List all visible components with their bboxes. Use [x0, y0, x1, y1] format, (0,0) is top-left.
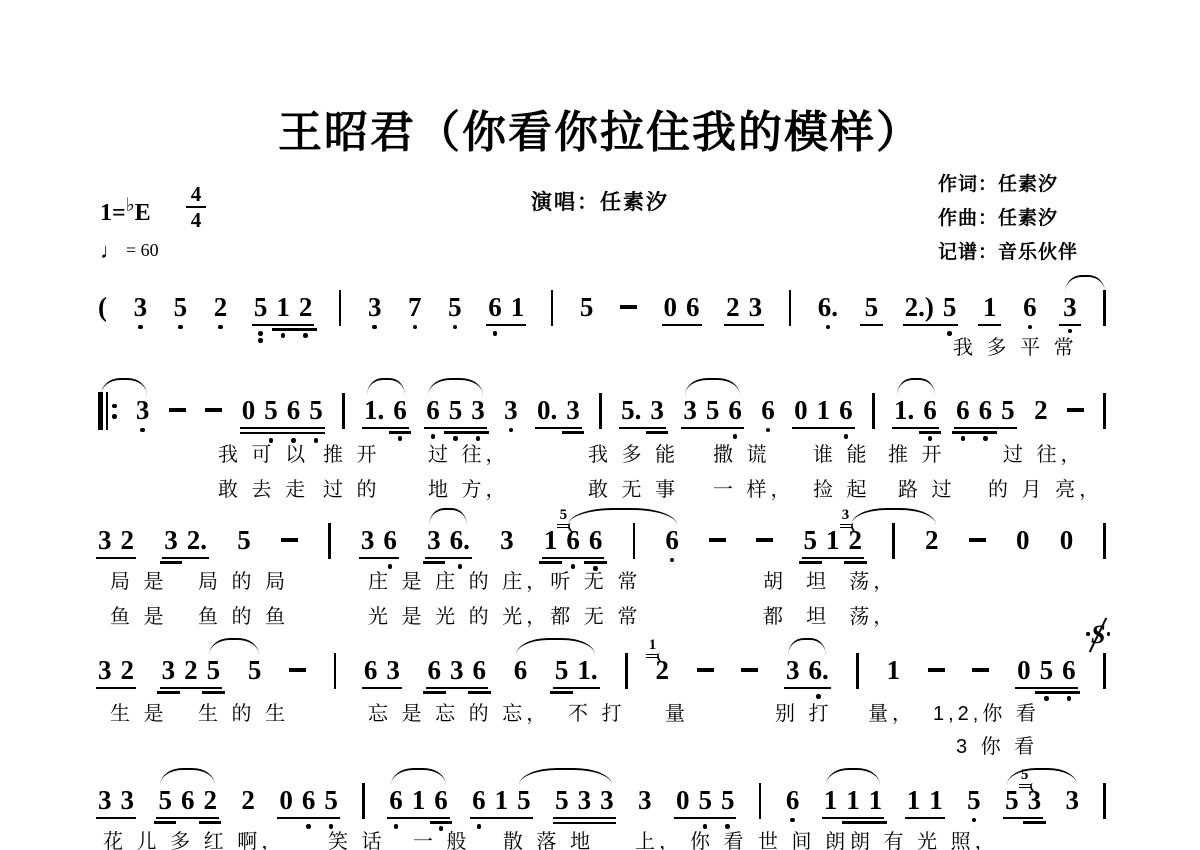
- slur-arc: [897, 378, 935, 395]
- sustain-dash: [697, 655, 714, 672]
- note-digit: 7: [408, 292, 422, 322]
- note-digit: 3: [98, 525, 112, 555]
- beam-line: [919, 431, 942, 434]
- octave-dots: [398, 436, 403, 441]
- note-token: 1.: [364, 395, 384, 425]
- barline: [599, 395, 602, 429]
- note-digit: 6: [428, 655, 442, 685]
- lyric-segment: 捡 起: [813, 478, 871, 502]
- octave-dot: [725, 824, 730, 829]
- lyric-segment: 朗 有 光 照，: [850, 830, 999, 850]
- note-token: 1.: [577, 655, 597, 685]
- sustain-dash: [741, 655, 758, 672]
- barline: [625, 655, 628, 689]
- note-token: 1: [929, 785, 943, 815]
- note-digit: 6: [839, 395, 853, 425]
- note-token: 5: [706, 395, 720, 425]
- barline: [856, 655, 859, 689]
- note-digit: 1: [826, 525, 840, 555]
- octave-dots: [725, 824, 730, 829]
- score-area: (35251237561506236.52.)5163我 多 平 常305651…: [0, 0, 1200, 850]
- note-token: 3: [136, 395, 150, 432]
- note-token: 6: [1023, 292, 1037, 329]
- note-token: 3: [164, 525, 178, 564]
- barline-mark: [339, 290, 342, 326]
- beam-line: [974, 431, 997, 434]
- octave-dot: [178, 325, 183, 330]
- grace-digit: 5: [1021, 768, 1029, 782]
- note-token: 1: [846, 785, 860, 824]
- octave-dot: [928, 436, 933, 441]
- octave-dots: [372, 325, 377, 330]
- barline-mark: [1103, 393, 1106, 429]
- note-token: 3: [504, 395, 518, 432]
- grace-note: 5: [1019, 768, 1031, 788]
- beam-group: 2.)5: [905, 292, 957, 336]
- score-line-2: 305651.665330.35.335660161.66652我 可 以推 开…: [98, 395, 1106, 445]
- octave-dots: [972, 818, 977, 823]
- note-token: 3: [427, 525, 441, 564]
- octave-dot: [458, 564, 463, 569]
- beam-group: 1656: [544, 525, 603, 571]
- slur-arc: [788, 638, 826, 655]
- beam-line: [584, 561, 607, 564]
- octave-dot: [218, 325, 223, 330]
- slur-arc: [568, 508, 676, 525]
- octave-dot: [431, 434, 436, 439]
- note-token: 3: [134, 292, 148, 329]
- note-token: 5: [1040, 655, 1054, 701]
- note-token: 6: [488, 292, 502, 336]
- lyric-segment: 过 的: [323, 478, 381, 502]
- note-digit: 5: [517, 785, 531, 815]
- note-digit: 2: [121, 655, 135, 685]
- note-token: 5: [309, 395, 323, 443]
- beam-line: [864, 821, 887, 824]
- note-digit: 1: [412, 785, 426, 815]
- note-digit: 5: [555, 655, 569, 685]
- barline: [339, 292, 342, 326]
- note-token: 2.: [187, 525, 207, 555]
- note-digit: 3: [504, 395, 518, 425]
- segno-icon: S: [1086, 619, 1112, 659]
- grace-beam: [840, 524, 852, 526]
- note-digit: 6: [979, 395, 993, 425]
- lyric-segment: 生 的 生: [198, 702, 289, 726]
- lyric-segment: 一 般: [413, 830, 471, 850]
- octave-dots: [790, 818, 795, 823]
- note-row: (35251237561506236.52.)5163: [98, 292, 1106, 342]
- octave-dots: [453, 325, 458, 330]
- lyric-segment: 1,2,你 看: [933, 702, 1040, 726]
- sustain-dash: [281, 525, 298, 542]
- lyric-segment: 过 往，: [428, 443, 510, 467]
- note-token: 3: [98, 655, 112, 685]
- grace-beam: [557, 524, 569, 526]
- beam-group: 5.3: [621, 395, 664, 434]
- note-token: 5: [555, 785, 569, 815]
- note-token: 1: [887, 655, 901, 685]
- note-token: 6.: [808, 655, 828, 699]
- octave-dots: [733, 434, 738, 439]
- note-token: 6: [686, 292, 700, 322]
- beam-group: 11: [907, 785, 943, 815]
- lyric-segment: 散 落 地: [503, 830, 594, 850]
- note-token: 6: [472, 785, 486, 829]
- octave-dots: [947, 331, 952, 336]
- note-token: 1: [495, 785, 509, 815]
- lyric-segment: 敢 无 事: [588, 478, 679, 502]
- note-token: 3: [1066, 785, 1080, 815]
- barline-mark: [342, 393, 345, 429]
- note-digit: 1: [846, 785, 860, 815]
- octave-dot: [733, 434, 738, 439]
- repeat-dot: [112, 404, 117, 409]
- lyric-segment: 量: [665, 702, 689, 726]
- barline-mark: [328, 523, 331, 559]
- note-digit: 3: [500, 525, 514, 555]
- note-token: 6: [923, 395, 937, 441]
- grace-digit: 1: [649, 638, 657, 652]
- octave-dot: [394, 824, 399, 829]
- barline-mark: [1103, 783, 1106, 819]
- lyric-segment: 你 看: [690, 830, 748, 850]
- octave-dots: [983, 436, 988, 441]
- note-digit: 6.: [808, 655, 828, 685]
- octave-dot: [1028, 325, 1033, 330]
- sustain-dash: [205, 395, 222, 412]
- note-token: 6: [786, 785, 800, 822]
- note-token: 1: [983, 292, 997, 326]
- octave-dots: [388, 564, 393, 569]
- octave-dots: [218, 325, 223, 330]
- beam-line: [799, 561, 822, 564]
- dash-mark: [620, 305, 637, 309]
- barline-mark: [362, 783, 365, 819]
- beam-line: [1023, 821, 1046, 824]
- note-token: 3: [578, 785, 592, 815]
- score-line-3: 3232.53636.3165665123200局 是局 的 局庄 是 庄 的 …: [98, 525, 1106, 575]
- note-digit: 5: [207, 655, 221, 685]
- note-token: 5: [264, 395, 278, 443]
- note-digit: 5.: [621, 395, 641, 425]
- note-digit: 6: [786, 785, 800, 815]
- beam-group: 562: [158, 785, 217, 824]
- note-digit: 6: [181, 785, 195, 815]
- note-digit: 3: [164, 525, 178, 555]
- note-digit: 3: [471, 395, 485, 425]
- note-token: 5: [804, 525, 818, 564]
- barline-mark: [1103, 290, 1106, 326]
- slur-arc: [1065, 275, 1105, 292]
- octave-dots: [766, 428, 771, 433]
- note-token: 5: [248, 655, 262, 685]
- slur-arc: [519, 768, 611, 785]
- note-token: 1: [824, 785, 838, 815]
- note-digit: 3: [566, 395, 580, 425]
- beam-line: [860, 324, 883, 327]
- octave-dots: [178, 325, 183, 330]
- octave-dots: [844, 434, 849, 439]
- lyric-segment: 世 间 朗: [758, 830, 849, 850]
- note-digit: 1: [929, 785, 943, 815]
- lyric-segment: 不 打: [568, 702, 626, 726]
- octave-dots: [258, 331, 263, 343]
- sustain-dash: [972, 655, 989, 672]
- note-digit: 6: [364, 655, 378, 685]
- lyric-segment: 上，: [635, 830, 683, 850]
- note-digit: 0: [279, 785, 293, 815]
- note-digit: 3: [650, 395, 664, 425]
- note-digit: 6: [393, 395, 407, 425]
- note-token: 5.: [621, 395, 641, 425]
- note-token: 21: [655, 655, 669, 685]
- repeat-start-mark: [98, 392, 117, 430]
- note-digit: 5: [158, 785, 172, 815]
- note-token: 3: [450, 655, 464, 685]
- note-token: 35: [1028, 785, 1042, 824]
- lyric-segment: 的 月 亮，: [988, 478, 1103, 502]
- barline: [1103, 395, 1106, 429]
- slur-arc: [516, 638, 595, 655]
- barline: [342, 395, 345, 429]
- note-digit: 6.: [818, 292, 838, 322]
- barline: [328, 525, 331, 559]
- octave-dot: [306, 824, 311, 829]
- note-digit: 1: [869, 785, 883, 815]
- barline: [551, 292, 554, 326]
- note-row: 305651.665330.35.335660161.66652: [98, 395, 1106, 445]
- slur-arc: [685, 378, 739, 395]
- beam-line: [539, 561, 562, 564]
- dash-mark: [928, 668, 945, 672]
- note-digit: 3: [427, 525, 441, 555]
- octave-dot: [703, 824, 708, 829]
- lyric-segment: 过 往，: [1003, 443, 1085, 467]
- score-line-4: 32325563636651.2136.1056生 是生 的 生忘 是 忘 的 …: [98, 655, 1106, 705]
- beam-line: [562, 431, 585, 434]
- note-digit: 1: [276, 292, 290, 322]
- octave-dots: [1068, 329, 1073, 334]
- beam-line: [154, 821, 177, 824]
- note-digit: 3: [600, 785, 614, 815]
- beam-line: [1059, 324, 1082, 327]
- octave-dot: [476, 436, 481, 441]
- note-token: 5: [254, 292, 268, 343]
- note-token: 3: [566, 395, 580, 434]
- barline: [892, 525, 895, 559]
- octave-dot: [947, 331, 952, 336]
- slur-arc: [826, 768, 880, 785]
- octave-dots: [329, 824, 334, 829]
- slur-arc: [851, 508, 937, 525]
- note-token: 6: [393, 395, 407, 441]
- grace-beam: [1019, 787, 1031, 789]
- beam-group: 36.: [427, 525, 470, 569]
- barline-mark: [759, 783, 762, 819]
- note-token: 2.): [905, 292, 934, 322]
- beam-group: 32: [98, 655, 134, 685]
- lyric-segment: 生 是: [110, 702, 168, 726]
- note-digit: 1.: [577, 655, 597, 685]
- beam-group: 111: [824, 785, 883, 824]
- note-digit: 1: [817, 395, 831, 425]
- beam-line: [430, 821, 453, 824]
- note-digit: 3: [386, 655, 400, 685]
- note-digit: 6: [728, 395, 742, 425]
- note-digit: 3: [578, 785, 592, 815]
- note-token: 6: [589, 525, 603, 571]
- note-token: 6: [389, 785, 403, 829]
- beam-group: 055: [676, 785, 735, 829]
- note-token: 6: [473, 655, 487, 694]
- note-digit: 2: [203, 785, 217, 815]
- barline-mark: [599, 393, 602, 429]
- octave-dots: [1067, 696, 1072, 701]
- segno-dot: [1107, 632, 1111, 636]
- octave-dot: [826, 325, 831, 330]
- octave-dots: [303, 333, 308, 338]
- note-digit: 5: [248, 655, 262, 685]
- note-digit: 1: [511, 292, 525, 322]
- octave-dots: [1044, 696, 1049, 701]
- note-token: 2: [241, 785, 255, 815]
- beam-group: 533: [555, 785, 614, 815]
- octave-dots: [477, 824, 482, 829]
- note-token: 1: [544, 525, 558, 564]
- note-digit: 3: [638, 785, 652, 815]
- beam-line: [842, 821, 865, 824]
- note-digit: 5: [324, 785, 338, 815]
- beam-line: [423, 691, 446, 694]
- octave-dot: [258, 331, 263, 336]
- octave-dots: [1028, 325, 1033, 330]
- octave-dots: [826, 325, 831, 330]
- note-token: 3: [600, 785, 614, 815]
- lyric-segment: 局 的 局: [198, 570, 289, 594]
- note-digit: 6: [1062, 655, 1076, 685]
- note-digit: 6: [302, 785, 316, 815]
- barline-mark: [856, 653, 859, 689]
- note-digit: 3: [134, 292, 148, 322]
- barline: [759, 785, 762, 819]
- beam-group: 615: [472, 785, 531, 829]
- lyric-segment: 撒 谎: [713, 443, 771, 467]
- octave-dot: [766, 428, 771, 433]
- octave-dots: [961, 436, 966, 441]
- note-token: 6: [302, 785, 316, 829]
- note-digit: 5: [804, 525, 818, 555]
- octave-dot: [983, 436, 988, 441]
- note-digit: 6: [1023, 292, 1037, 322]
- beam-line: [550, 691, 573, 694]
- note-digit: 6: [287, 395, 301, 425]
- note-token: 5: [721, 785, 735, 829]
- octave-dot: [790, 818, 795, 823]
- note-token: 5: [555, 655, 569, 694]
- note-token: 0: [1016, 525, 1030, 555]
- beam-group: 1.6: [364, 395, 407, 441]
- lyric-segment: 路 过: [898, 478, 956, 502]
- sustain-dash: [169, 395, 186, 412]
- note-token: 5: [517, 785, 531, 815]
- note-token: 5: [580, 292, 594, 322]
- note-digit: 2: [1034, 395, 1048, 425]
- note-row: 32325563636651.2136.1056: [98, 655, 1106, 705]
- note-digit: 5: [237, 525, 251, 555]
- note-token: 0: [279, 785, 293, 815]
- note-digit: 1: [495, 785, 509, 815]
- barline-mark: [334, 653, 337, 689]
- note-token: 3: [638, 785, 652, 815]
- barline: [334, 655, 337, 689]
- note-token: 6: [181, 785, 195, 815]
- octave-dot: [281, 333, 286, 338]
- note-token: 5: [1005, 785, 1019, 815]
- grace-note: 1: [646, 638, 658, 658]
- note-digit: 5: [967, 785, 981, 815]
- barline-mark: [633, 523, 636, 559]
- barline-mark: [625, 653, 628, 689]
- note-token: 5: [448, 292, 462, 329]
- note-token: 6: [514, 655, 528, 685]
- slur-arc: [1007, 768, 1077, 785]
- note-token: 6: [839, 395, 853, 439]
- note-digit: 2: [214, 292, 228, 322]
- note-digit: 0: [242, 395, 256, 425]
- beam-line: [952, 431, 975, 434]
- octave-dots: [140, 428, 145, 433]
- slur-arc: [101, 378, 148, 395]
- note-token: 2: [121, 655, 135, 685]
- note-digit: 1: [824, 785, 838, 815]
- note-digit: 3: [1066, 785, 1080, 815]
- beam-line: [444, 431, 467, 434]
- note-token: 5: [158, 785, 172, 824]
- note-token: 3: [500, 525, 514, 555]
- note-digit: 6: [383, 525, 397, 555]
- beam-line: [646, 431, 669, 434]
- octave-dot: [388, 564, 393, 569]
- note-digit: 5: [698, 785, 712, 815]
- note-token: 6: [761, 395, 775, 432]
- octave-dots: [394, 824, 399, 829]
- barline: [1103, 292, 1106, 326]
- barline: [362, 785, 365, 819]
- note-token: 5: [698, 785, 712, 829]
- slur-arc: [391, 768, 445, 785]
- lyric-segment: 我 多 能: [588, 443, 679, 467]
- dash-mark: [741, 668, 758, 672]
- octave-dot: [477, 824, 482, 829]
- score-line-1: (35251237561506236.52.)5163我 多 平 常: [98, 292, 1106, 342]
- note-digit: 6: [488, 292, 502, 322]
- note-digit: 0: [676, 785, 690, 815]
- note-digit: 3: [749, 292, 763, 322]
- lyric-segment: 鱼 是: [110, 605, 168, 629]
- beam-group: 32.: [164, 525, 207, 564]
- barline-mark: [872, 393, 875, 429]
- note-digit: 2: [726, 292, 740, 322]
- note-digit: 0.: [537, 395, 557, 425]
- octave-dot: [291, 438, 296, 443]
- note-digit: 3: [121, 785, 135, 815]
- barline-mark: [1103, 523, 1106, 559]
- beam-group: 636: [428, 655, 487, 694]
- lyric-segment: 别 打: [775, 702, 833, 726]
- barline: [789, 292, 792, 326]
- segno-dot: [1086, 632, 1090, 636]
